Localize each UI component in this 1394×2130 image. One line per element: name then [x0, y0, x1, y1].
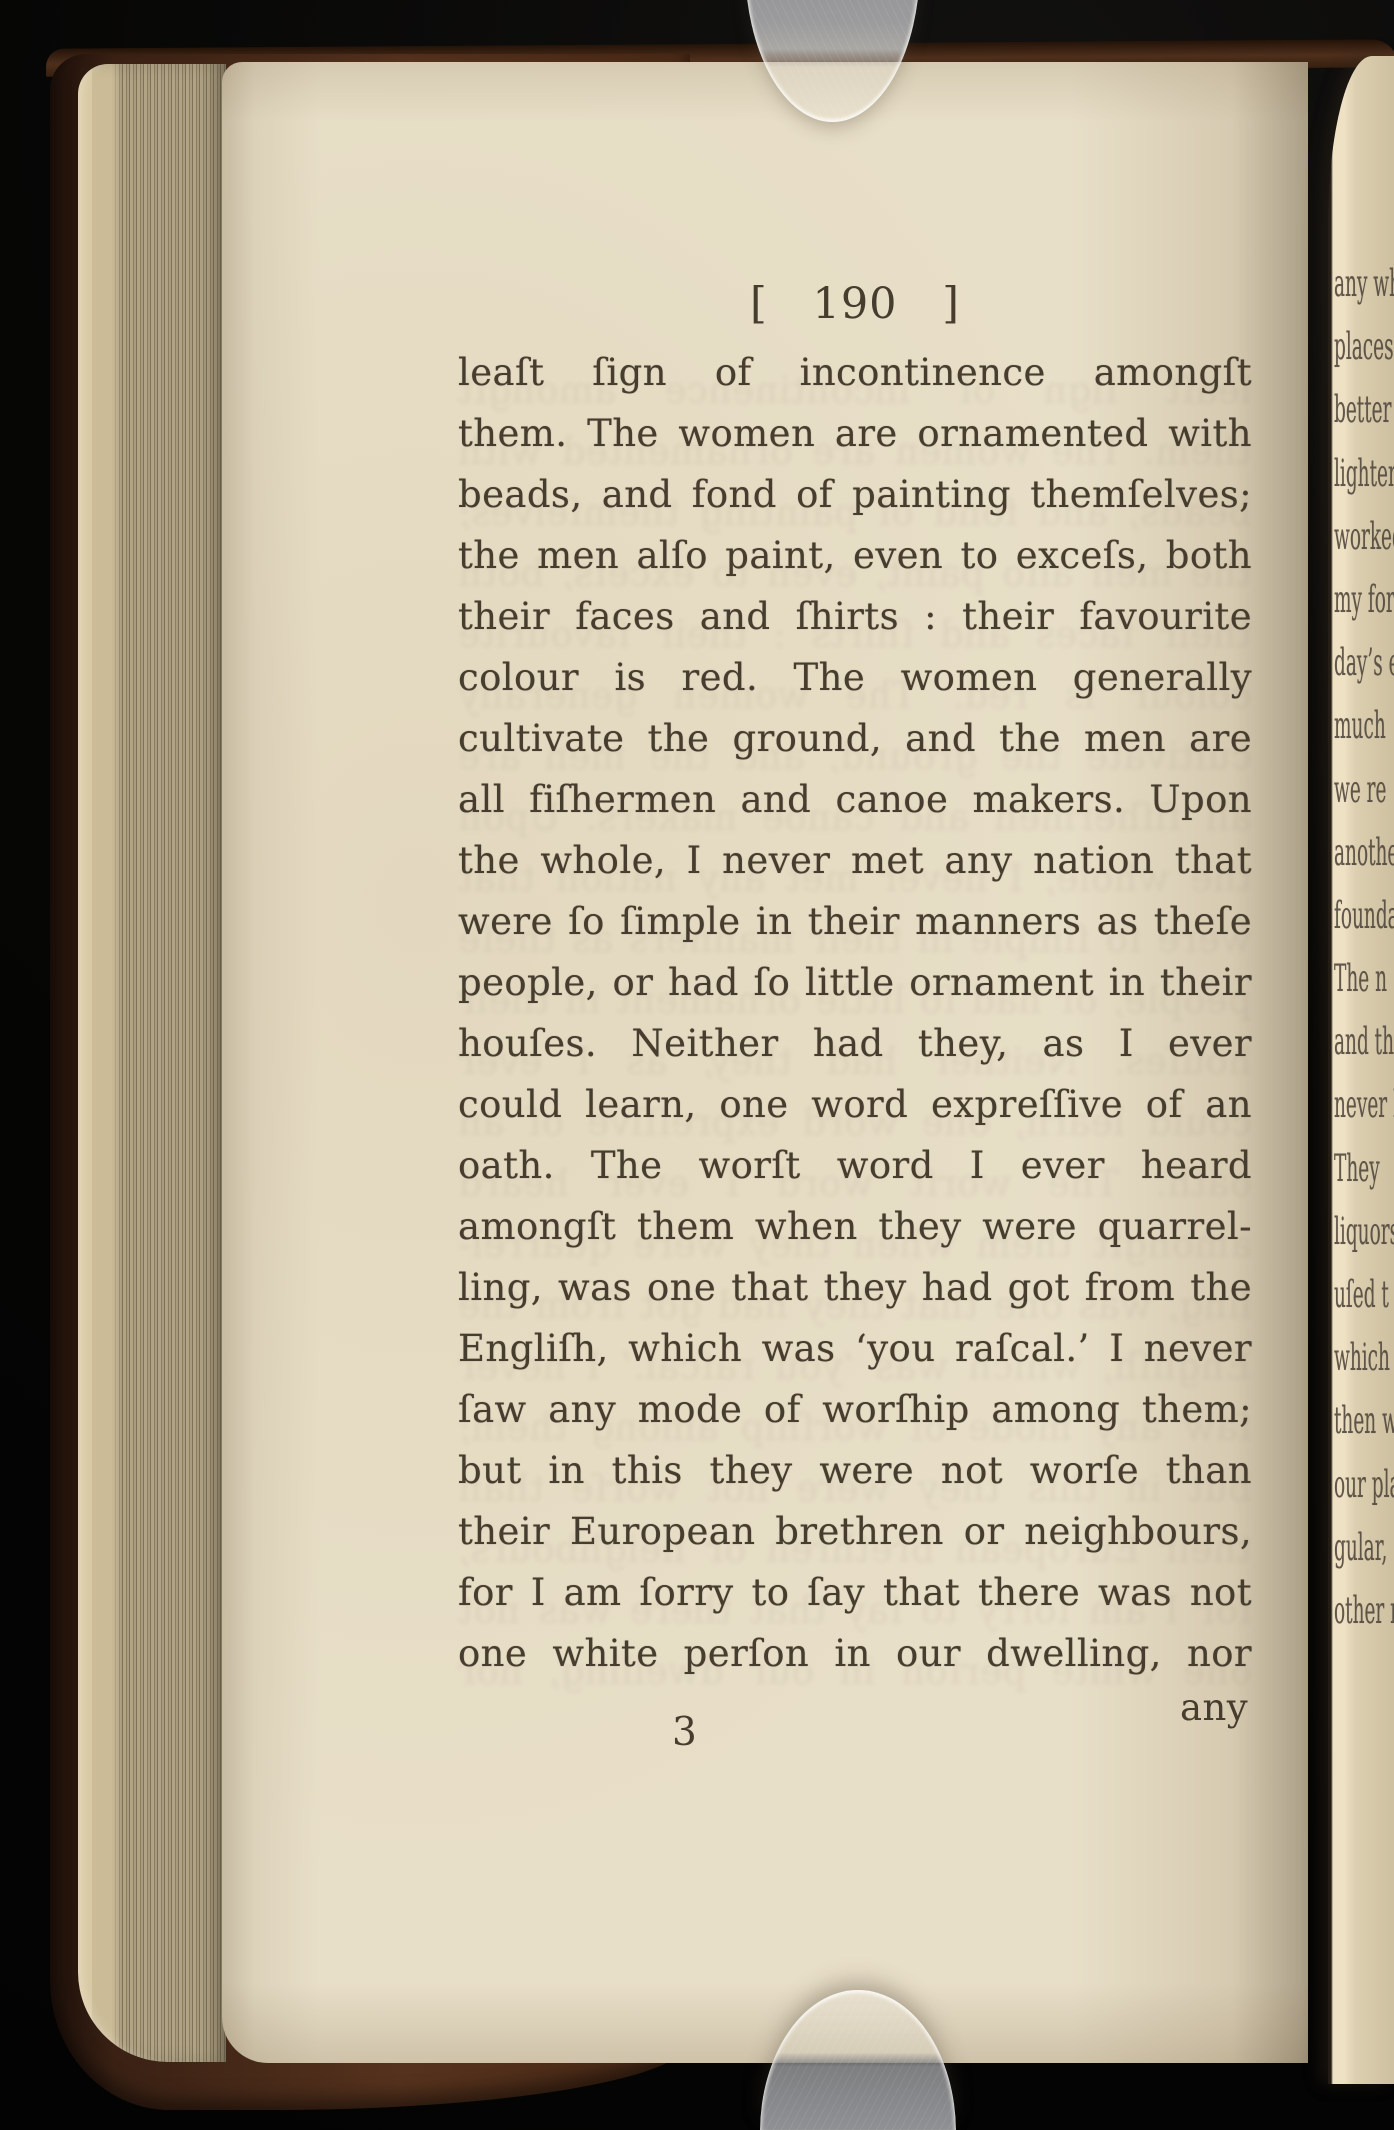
fragment-line: my for [1334, 568, 1394, 631]
text-line: their faces and ſhirts : their favourite [458, 586, 1252, 647]
text-line: could learn, one word expreſſive of an [458, 1074, 1252, 1135]
text-line: people, or had ſo little ornament in the… [458, 952, 1252, 1013]
page-text-lines: leaſt ſign of incontinence amongſt them.… [458, 342, 1252, 1684]
fragment-line: places [1334, 315, 1394, 378]
fragment-line: gular, [1334, 1516, 1394, 1579]
fragment-line: never h [1334, 1073, 1394, 1136]
text-line: but in this they were not worſe than [458, 1440, 1252, 1501]
fragment-line: other n [1334, 1579, 1394, 1642]
text-line: were ſo ſimple in their manners as theſe [458, 891, 1252, 952]
text-line: ling, was one that they had got from the [458, 1257, 1252, 1318]
fragment-line: day’s e [1334, 631, 1394, 694]
text-line: them. The women are ornamented with [458, 403, 1252, 464]
text-line: cultivate the ground, and the men are [458, 708, 1252, 769]
text-line: amongſt them when they were quarrel- [458, 1196, 1252, 1257]
page-number-heading: [ 190 ] [458, 274, 1252, 335]
text-line: Engliſh, which was ‘you raſcal.’ I never [458, 1318, 1252, 1379]
fragment-line: then w [1334, 1389, 1394, 1452]
catchword: any [1180, 1686, 1248, 1729]
fragment-line: any wh [1334, 252, 1394, 315]
fragment-line: worked [1334, 505, 1394, 568]
text-line: beads, and fond of painting themſelves; [458, 464, 1252, 525]
fragment-line: uſed t [1334, 1263, 1394, 1326]
fragment-line: and th [1334, 1010, 1394, 1073]
text-line: ſaw any mode of worſhip among them; [458, 1379, 1252, 1440]
text-line: leaſt ſign of incontinence amongſt [458, 342, 1252, 403]
text-line: colour is red. The women generally [458, 647, 1252, 708]
fragment-line: They [1334, 1137, 1394, 1200]
text-line: their European brethren or neighbours, [458, 1501, 1252, 1562]
fragment-line: much [1334, 694, 1394, 757]
text-line: the whole, I never met any nation that [458, 830, 1252, 891]
text-line: oath. The worſt word I ever heard [458, 1135, 1252, 1196]
fragment-line: we re [1334, 758, 1394, 821]
fragment-line: liquors [1334, 1200, 1394, 1263]
fragment-line: which [1334, 1326, 1394, 1389]
book-photo: leaſt ſign of incontinence amongſt them.… [0, 0, 1394, 2130]
text-line: houſes. Neither had they, as I ever [458, 1013, 1252, 1074]
fragment-line: founda [1334, 884, 1394, 947]
text-line: one white perſon in our dwelling, nor [458, 1623, 1252, 1684]
fragment-line: anothe [1334, 821, 1394, 884]
fragment-line: better o [1334, 378, 1394, 441]
fragment-line: our pla [1334, 1453, 1394, 1516]
text-line: for I am ſorry to ſay that there was not [458, 1562, 1252, 1623]
text-line: the men alſo paint, even to exceſs, both [458, 525, 1252, 586]
fragment-line: The n [1334, 947, 1394, 1010]
text-line: all fiſhermen and canoe makers. Upon [458, 769, 1252, 830]
right-page-text-fragments: any wh places better o lighten worked my… [1334, 252, 1394, 1642]
fragment-line: lighten [1334, 442, 1394, 505]
page-edges-stack [78, 64, 226, 2062]
page-text: leaſt ſign of incontinence amongſt them.… [458, 342, 1252, 1684]
signature-mark: 3 [672, 1710, 697, 1755]
